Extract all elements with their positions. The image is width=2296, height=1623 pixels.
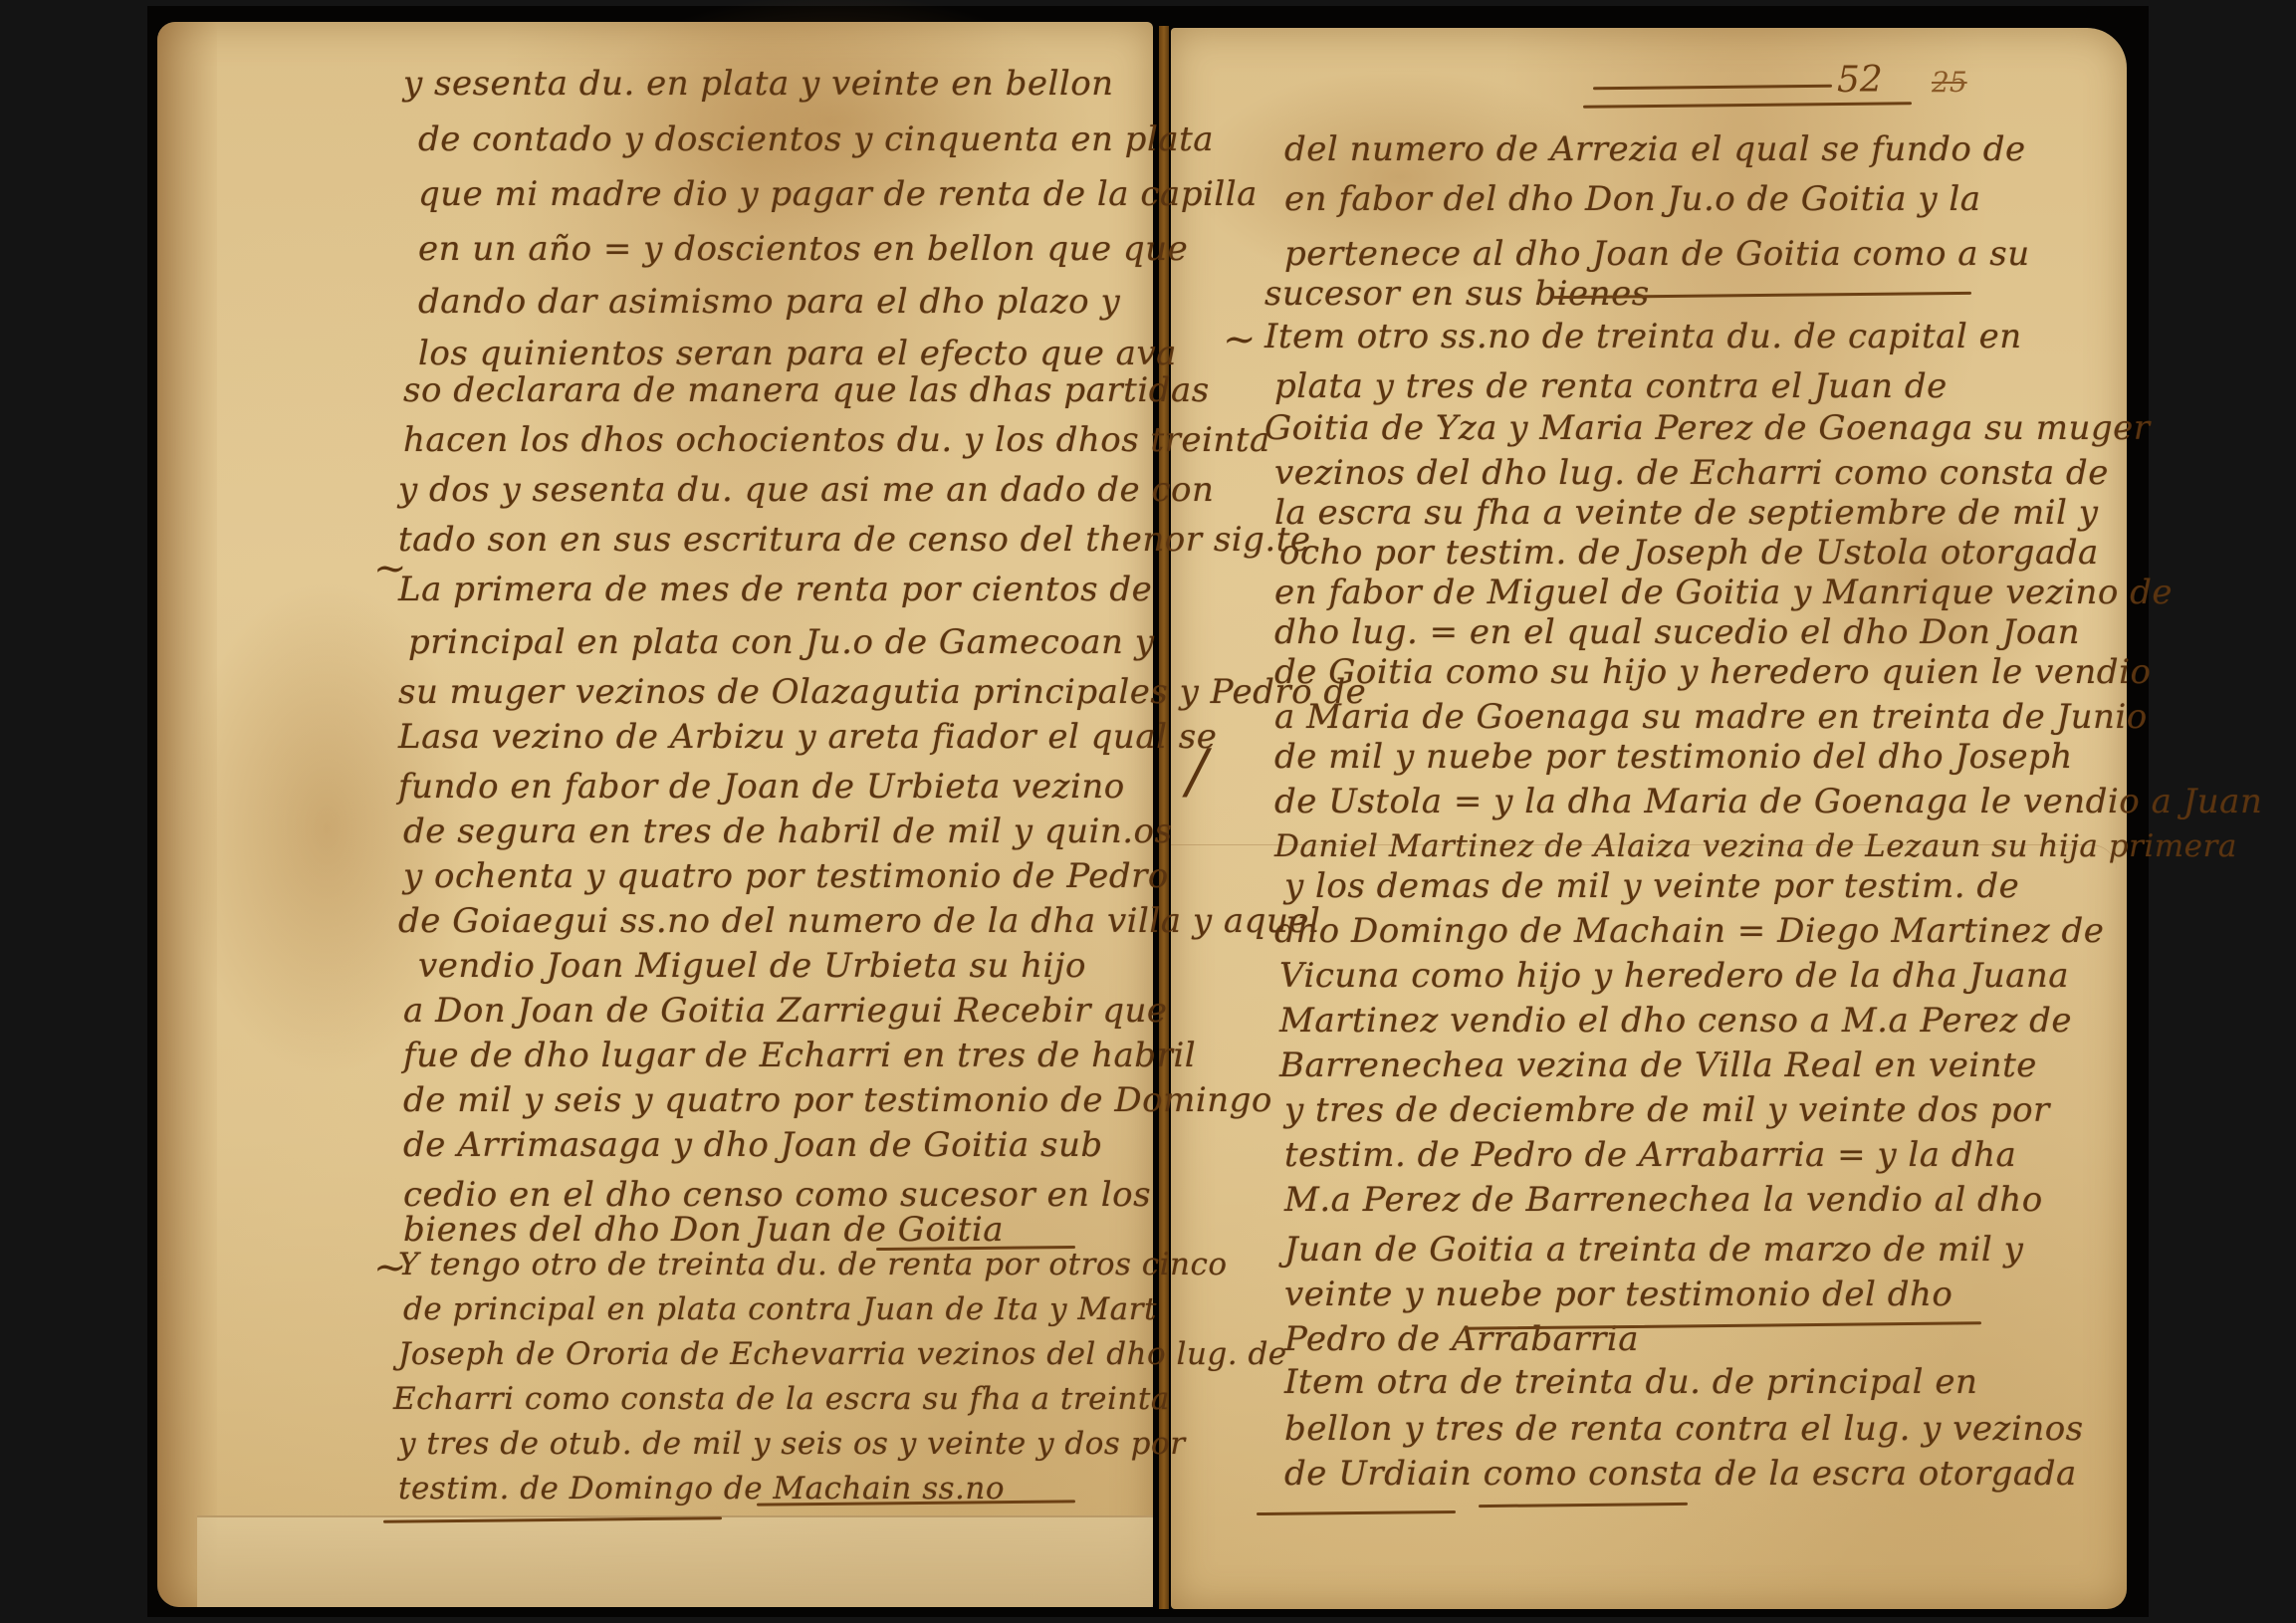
manuscript-line: vendio Joan Miguel de Urbieta su hijo [418, 946, 1086, 986]
manuscript-line: de Ustola = y la dha Maria de Goenaga le… [1274, 782, 2262, 821]
manuscript-line: Lasa vezino de Arbizu y areta fiador el … [398, 717, 1217, 757]
manuscript-line: de mil y nuebe por testimonio del dho Jo… [1274, 737, 2073, 777]
manuscript-line: de principal en plata contra Juan de Ita… [403, 1289, 1157, 1329]
manuscript-line: de mil y seis y quatro por testimonio de… [403, 1080, 1272, 1120]
manuscript-line: y sesenta du. en plata y veinte en bello… [403, 64, 1114, 104]
manuscript-line: que mi madre dio y pagar de renta de la … [418, 174, 1258, 214]
manuscript-line: testim. de Pedro de Arrabarria = y la dh… [1284, 1135, 2016, 1175]
manuscript-line: de Arrimasaga y dho Joan de Goitia sub [403, 1125, 1103, 1165]
manuscript-line: en un año = y doscientos en bellon que q… [418, 229, 1188, 269]
manuscript-line: sucesor en sus bienes [1264, 274, 1650, 314]
manuscript-line: Barrenechea vezina de Villa Real en vein… [1279, 1045, 2037, 1085]
manuscript-line: veinte y nuebe por testimonio del dho [1284, 1275, 1952, 1314]
manuscript-line: Daniel Martinez de Alaiza vezina de Leza… [1274, 826, 2237, 866]
manuscript-line: y tres de deciembre de mil y veinte dos … [1284, 1090, 2050, 1130]
manuscript-line: y ochenta y quatro por testimonio de Ped… [403, 856, 1169, 896]
decorative-rule [1583, 102, 1912, 108]
manuscript-line: hacen los dhos ochocientos du. y los dho… [403, 420, 1270, 460]
manuscript-line: principal en plata con Ju.o de Gamecoan … [408, 622, 1154, 662]
manuscript-line: dho Domingo de Machain = Diego Martinez … [1274, 911, 2104, 951]
manuscript-line: Item otro ss.no de treinta du. de capita… [1264, 317, 2022, 356]
manuscript-line: a Maria de Goenaga su madre en treinta d… [1274, 697, 2148, 737]
manuscript-line: del numero de Arrezia el qual se fundo d… [1284, 129, 2026, 169]
manuscript-line: Juan de Goitia a treinta de marzo de mil… [1284, 1230, 2023, 1270]
manuscript-line: de Goitia como su hijo y heredero quien … [1274, 652, 2151, 692]
decorative-rule [1593, 85, 1832, 91]
manuscript-line: pertenece al dho Joan de Goitia como a s… [1284, 234, 2030, 274]
margin-stroke-mark: / [1187, 737, 1208, 807]
manuscript-line: en fabor de Miguel de Goitia y Manrique … [1274, 573, 2173, 612]
manuscript-line: de contado y doscientos y cinquenta en p… [418, 119, 1214, 159]
manuscript-line: y tres de otub. de mil y seis os y veint… [398, 1424, 1186, 1464]
manuscript-line: vezinos del dho lug. de Echarri como con… [1274, 453, 2109, 493]
manuscript-line: cedio en el dho censo como sucesor en lo… [403, 1175, 1151, 1215]
manuscript-line: dando dar asimismo para el dho plazo y [418, 282, 1120, 322]
manuscript-line: su muger vezinos de Olazagutia principal… [398, 672, 1366, 712]
manuscript-line: Goitia de Yza y Maria Perez de Goenaga s… [1264, 408, 2151, 448]
left-page-bottom-edge [197, 1515, 1153, 1607]
old-folio-number-struck: 25 [1932, 66, 1967, 99]
manuscript-line: Item otra de treinta du. de principal en [1284, 1362, 1977, 1402]
left-page-worn-edge [157, 22, 217, 1607]
manuscript-line: dho lug. = en el qual sucedio el dho Don… [1274, 612, 2080, 652]
manuscript-line: Y tengo otro de treinta du. de renta por… [398, 1245, 1228, 1284]
manuscript-line: La primera de mes de renta por cientos d… [398, 570, 1152, 609]
manuscript-line: los quinientos seran para el efecto que … [418, 334, 1177, 373]
manuscript-line: de segura en tres de habril de mil y qui… [403, 811, 1172, 851]
folio-number: 52 [1837, 60, 1883, 101]
manuscript-line: tado son en sus escritura de censo del t… [398, 520, 1311, 560]
manuscript-line: de Urdiain como consta de la escra otorg… [1284, 1454, 2077, 1494]
paragraph-margin-mark: ~ [1223, 317, 1257, 362]
manuscript-line: bienes del dho Don Juan de Goitia [403, 1210, 1004, 1250]
manuscript-line: plata y tres de renta contra el Juan de [1274, 366, 1948, 406]
manuscript-line: Echarri como consta de la escra su fha a… [393, 1379, 1170, 1419]
folio-number-area: 52 25 [1593, 60, 2051, 110]
manuscript-line: Vicuna como hijo y heredero de la dha Ju… [1279, 956, 2069, 996]
manuscript-line: a Don Joan de Goitia Zarriegui Recebir q… [403, 991, 1168, 1031]
manuscript-line: y dos y sesenta du. que asi me an dado d… [398, 470, 1214, 510]
manuscript-line: so declarara de manera que las dhas part… [403, 370, 1210, 410]
manuscript-line: fundo en fabor de Joan de Urbieta vezino [398, 767, 1125, 807]
manuscript-line: bellon y tres de renta contra el lug. y … [1284, 1409, 2084, 1449]
manuscript-line: en fabor del dho Don Ju.o de Goitia y la [1284, 179, 1981, 219]
manuscript-line: y los demas de mil y veinte por testim. … [1284, 866, 2019, 906]
manuscript-line: Joseph de Ororia de Echevarria vezinos d… [398, 1334, 1287, 1374]
manuscript-line: ocho por testim. de Joseph de Ustola oto… [1279, 533, 2099, 573]
manuscript-line: de Goiaegui ss.no del numero de la dha v… [398, 901, 1320, 941]
manuscript-line: Martinez vendio el dho censo a M.a Perez… [1279, 1001, 2072, 1041]
manuscript-line: la escra su fha a veinte de septiembre d… [1274, 493, 2098, 533]
manuscript-line: M.a Perez de Barrenechea la vendio al dh… [1284, 1180, 2043, 1220]
manuscript-line: fue de dho lugar de Echarri en tres de h… [403, 1036, 1196, 1075]
